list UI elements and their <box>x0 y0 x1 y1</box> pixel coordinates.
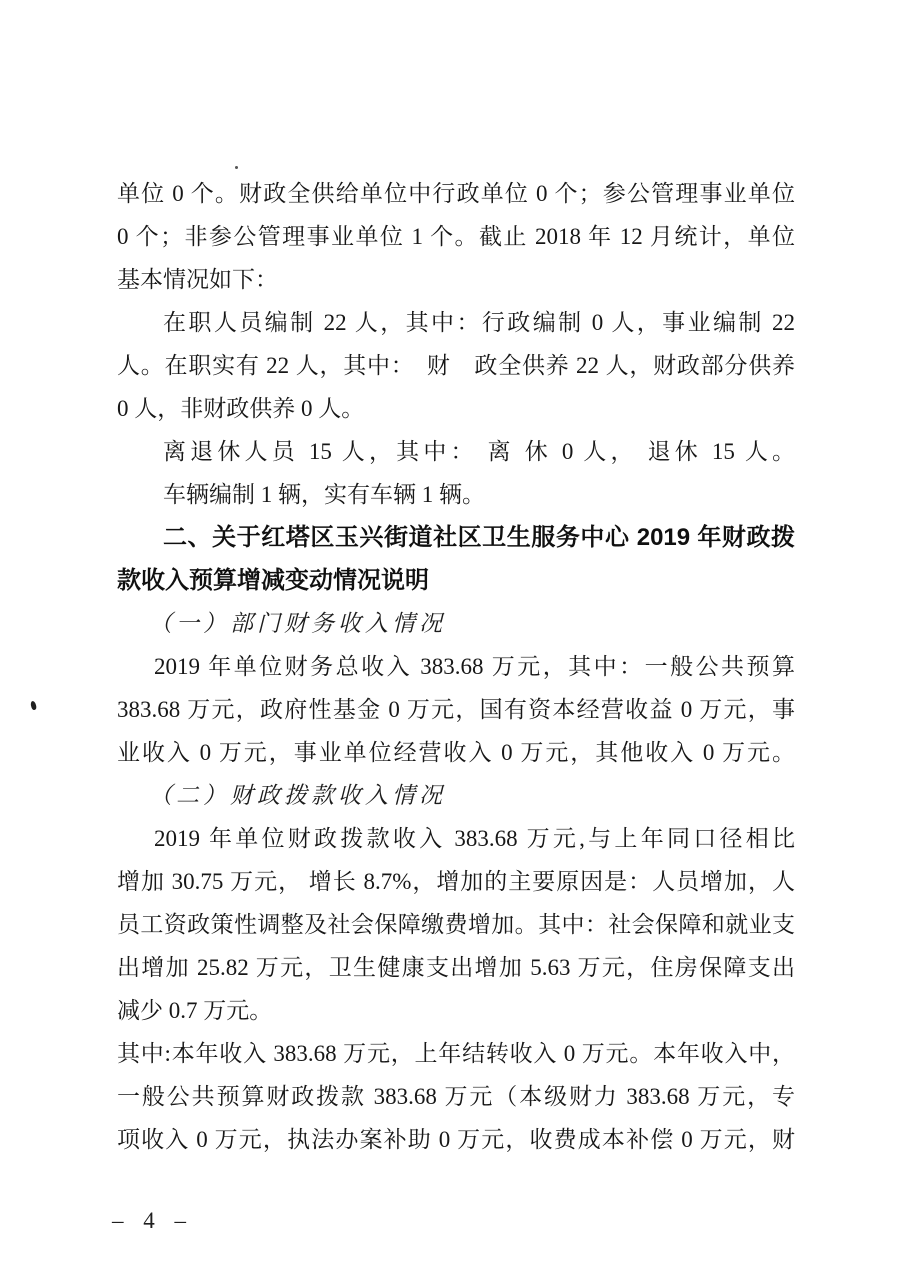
text-line: 项收入 0 万元，执法办案补助 0 万元，收费成本补偿 0 万元，财 <box>117 1118 795 1161</box>
text-line: 单位 0 个。财政全供给单位中行政单位 0 个；参公管理事业单位 <box>117 172 795 215</box>
scanned-document-page: 单位 0 个。财政全供给单位中行政单位 0 个；参公管理事业单位 0 个；非参公… <box>0 0 910 1287</box>
text-line: 基本情况如下： <box>117 258 795 301</box>
text-line: 一般公共预算财政拨款 383.68 万元（本级财力 383.68 万元，专 <box>117 1075 795 1118</box>
text-line: 2019 年单位财政拨款收入 383.68 万元,与上年同口径相比 <box>117 817 795 860</box>
text-line: 2019 年单位财务总收入 383.68 万元，其中：一般公共预算 <box>117 645 795 688</box>
document-text-block: 单位 0 个。财政全供给单位中行政单位 0 个；参公管理事业单位 0 个；非参公… <box>117 172 795 1161</box>
section-heading-line: 款收入预算增减变动情况说明 <box>117 559 795 602</box>
text-line: 人。在职实有 22 人，其中： 财 政全供养 22 人，财政部分供养 <box>117 344 795 387</box>
text-line: 0 个；非参公管理事业单位 1 个。截止 2018 年 12 月统计，单位 <box>117 215 795 258</box>
page-number: – 4 – <box>112 1201 193 1241</box>
text-line: 0 人，非财政供养 0 人。 <box>117 387 795 430</box>
text-line: 383.68 万元，政府性基金 0 万元，国有资本经营收益 0 万元，事 <box>117 688 795 731</box>
scan-artifact-dot <box>235 166 238 169</box>
text-line: 业收入 0 万元，事业单位经营收入 0 万元，其他收入 0 万元。 <box>117 731 795 774</box>
subsection-heading-line: （一）部门财务收入情况 <box>117 602 795 645</box>
text-line: 在职人员编制 22 人，其中：行政编制 0 人，事业编制 22 <box>117 301 795 344</box>
scan-artifact-mark <box>30 700 38 710</box>
text-line: 出增加 25.82 万元，卫生健康支出增加 5.63 万元，住房保障支出 <box>117 946 795 989</box>
text-line: 离退休人员 15 人，其中： 离 休 0 人， 退休 15 人。 <box>117 430 795 473</box>
text-line: 员工资政策性调整及社会保障缴费增加。其中：社会保障和就业支 <box>117 903 795 946</box>
subsection-heading-line: （二）财政拨款收入情况 <box>117 774 795 817</box>
text-line: 车辆编制 1 辆，实有车辆 1 辆。 <box>117 473 795 516</box>
text-line: 减少 0.7 万元。 <box>117 989 795 1032</box>
section-heading-line: 二、关于红塔区玉兴街道社区卫生服务中心 2019 年财政拨 <box>117 516 795 559</box>
text-line: 其中:本年收入 383.68 万元，上年结转收入 0 万元。本年收入中， <box>117 1032 795 1075</box>
text-line: 增加 30.75 万元， 增长 8.7%，增加的主要原因是：人员增加，人 <box>117 860 795 903</box>
